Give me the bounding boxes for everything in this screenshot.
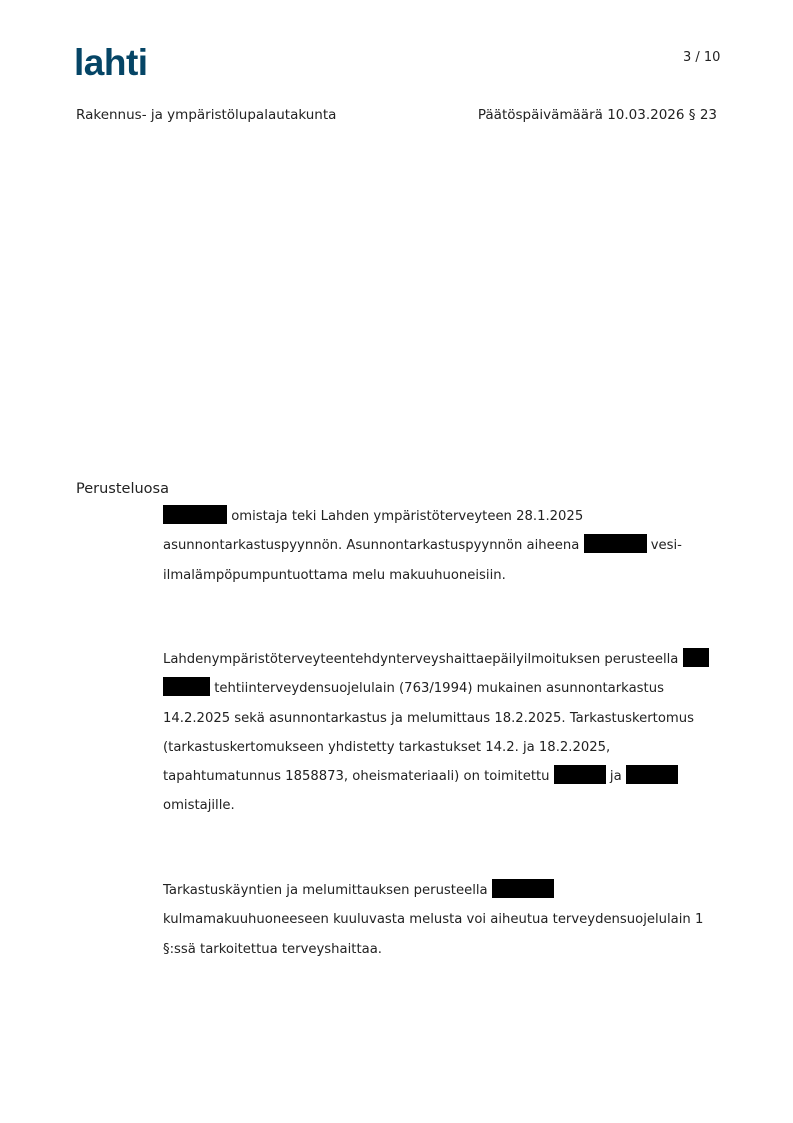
line-text: asunnontarkastuspyynnön. Asunnontarkastu… bbox=[163, 538, 579, 553]
text-line: tapahtumatunnus 1858873, oheismateriaali… bbox=[163, 762, 723, 791]
lahti-logo: lahti bbox=[74, 44, 148, 81]
line-text: omistajille. bbox=[163, 798, 235, 813]
paragraph-request: omistaja teki Lahden ympäristöterveyteen… bbox=[163, 502, 723, 590]
text-line: tehtiinterveydensuojelulain (763/1994) m… bbox=[163, 674, 723, 703]
redaction-box bbox=[584, 534, 647, 553]
redaction-box bbox=[626, 765, 678, 784]
decision-date: Päätöspäivämäärä 10.03.2026 § 23 bbox=[478, 107, 717, 123]
text-line: (tarkastuskertomukseen yhdistetty tarkas… bbox=[163, 733, 723, 762]
text-line: Tarkastuskäyntien ja melumittauksen peru… bbox=[163, 876, 723, 905]
line-text: omistaja teki Lahden ympäristöterveyteen… bbox=[227, 509, 583, 524]
line-text: ilmalämpöpumpuntuottama melu makuuhuonei… bbox=[163, 568, 506, 583]
line-text: 14.2.2025 sekä asunnontarkastus ja melum… bbox=[163, 711, 694, 726]
redaction-box bbox=[554, 765, 606, 784]
text-line: 14.2.2025 sekä asunnontarkastus ja melum… bbox=[163, 704, 723, 733]
line-text: tapahtumatunnus 1858873, oheismateriaali… bbox=[163, 769, 550, 784]
committee-name: Rakennus- ja ympäristölupalautakunta bbox=[76, 107, 336, 123]
redaction-box bbox=[163, 505, 227, 524]
line-text: tehtiinterveydensuojelulain (763/1994) m… bbox=[214, 681, 664, 696]
text-line: omistaja teki Lahden ympäristöterveyteen… bbox=[163, 502, 723, 531]
text-line: asunnontarkastuspyynnön. Asunnontarkastu… bbox=[163, 531, 723, 560]
page-number: 3 / 10 bbox=[683, 50, 720, 65]
line-text: ja bbox=[610, 769, 622, 784]
text-line: Lahdenympäristöterveyteentehdynterveysha… bbox=[163, 645, 723, 674]
redaction-box bbox=[683, 648, 709, 667]
line-text: kulmamakuuhuoneeseen kuuluvasta melusta … bbox=[163, 912, 703, 927]
line-text: vesi- bbox=[647, 538, 682, 553]
text-line: omistajille. bbox=[163, 791, 723, 820]
redaction-box bbox=[163, 677, 210, 696]
line-text: (tarkastuskertomukseen yhdistetty tarkas… bbox=[163, 740, 610, 755]
paragraph-inspection: Lahdenympäristöterveyteentehdynterveysha… bbox=[163, 645, 723, 821]
text-line: §:ssä tarkoitettua terveyshaittaa. bbox=[163, 935, 723, 964]
section-title: Perusteluosa bbox=[76, 481, 169, 497]
line-text: Tarkastuskäyntien ja melumittauksen peru… bbox=[163, 883, 488, 898]
text-line: kulmamakuuhuoneeseen kuuluvasta melusta … bbox=[163, 905, 723, 934]
line-text: Lahdenympäristöterveyteentehdynterveysha… bbox=[163, 652, 678, 667]
line-text: §:ssä tarkoitettua terveyshaittaa. bbox=[163, 942, 382, 957]
redaction-box bbox=[492, 879, 554, 898]
paragraph-conclusion: Tarkastuskäyntien ja melumittauksen peru… bbox=[163, 876, 723, 964]
text-line: ilmalämpöpumpuntuottama melu makuuhuonei… bbox=[163, 561, 723, 590]
